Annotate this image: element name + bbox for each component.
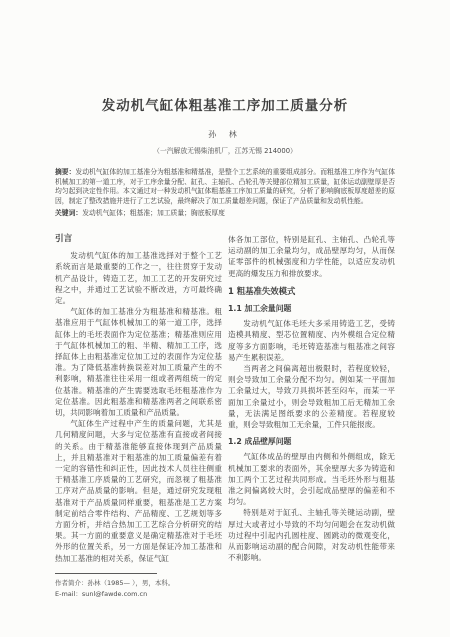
abstract-block: 摘要：发动机气缸体的加工基准分为粗基准和精基准，是整个工艺系统的重要组成部分。而… — [55, 168, 395, 207]
intro-paragraph-2: 气缸体的加工基准分为粗基准和精基准。粗基准应用于气缸体机械加工的第一道工序，选择… — [55, 306, 222, 418]
continuation-paragraph: 体各加工部位，特别是缸孔、主轴孔、凸轮孔等运动副的加工余量均匀，成品壁厚均匀，从… — [228, 234, 395, 279]
author-name: 孙 林 — [0, 129, 450, 140]
author-email: E-mail：sunl@fawde.com.cn — [55, 590, 222, 600]
section-1-1-heading: 1.1 加工余量问题 — [228, 303, 395, 314]
keywords-label: 关键词： — [55, 209, 82, 217]
abstract-label: 摘要： — [55, 168, 75, 176]
intro-paragraph-3: 气缸体生产过程中产生的质量问题，尤其是几何精度问题，大多与定位基准有直接或者间接… — [55, 418, 222, 564]
author-affiliation: （一汽解放无锡柴油机厂，江苏无锡 214000） — [0, 145, 450, 155]
footnote: 作者简介：孙林（1985— ），男，本科。 E-mail：sunl@fawde.… — [55, 579, 222, 600]
section-1-2-heading: 1.2 成品壁厚问题 — [228, 436, 395, 447]
intro-heading: 引言 — [55, 234, 222, 245]
left-column: 引言 发动机气缸体的加工基准选择对于整个工艺系统而言是最重要的工作之一，往往贯穿… — [55, 234, 222, 602]
keywords-text: 发动机气缸体；粗基准；加工质量；胸底板厚度 — [82, 209, 225, 217]
section-1-heading: 1 粗基准失效模式 — [228, 286, 395, 297]
section-1-1-paragraph-2: 当两者之间偏离超出极限时，若程度较轻，则会导致加工余量分配不均匀。例如某一平面加… — [228, 363, 395, 430]
section-1-1-paragraph-1: 发动机气缸体毛坯大多采用铸造工艺，受铸造模具精度、型芯位置精度、内外模组合定位精… — [228, 318, 395, 363]
author-bio-note: 作者简介：孙林（1985— ），男，本科。 — [55, 579, 222, 589]
section-1-2-paragraph-2: 特别是对于缸孔、主轴孔等关键运动副，壁厚过大或者过小导致的不均匀问题会在发动机做… — [228, 507, 395, 563]
right-column: 体各加工部位，特别是缸孔、主轴孔、凸轮孔等运动副的加工余量均匀，成品壁厚均匀，从… — [228, 234, 395, 563]
paper-page: 发动机气缸体粗基准工序加工质量分析 孙 林 （一汽解放无锡柴油机厂，江苏无锡 2… — [0, 0, 450, 637]
paper-title: 发动机气缸体粗基准工序加工质量分析 — [0, 94, 450, 114]
keywords-block: 关键词：发动机气缸体；粗基准；加工质量；胸底板厚度 — [55, 209, 395, 219]
section-1-2-paragraph-1: 气缸体成品的壁厚由内侧和外侧组成，除无机械加工要求的表面外，其余壁厚大多为铸造和… — [228, 451, 395, 507]
intro-paragraph-1: 发动机气缸体的加工基准选择对于整个工艺系统而言是最重要的工作之一，往往贯穿于发动… — [55, 250, 222, 306]
abstract-text: 发动机气缸体的加工基准分为粗基准和精基准，是整个工艺系统的重要组成部分。而粗基准… — [55, 168, 395, 205]
footnote-divider — [55, 573, 157, 574]
